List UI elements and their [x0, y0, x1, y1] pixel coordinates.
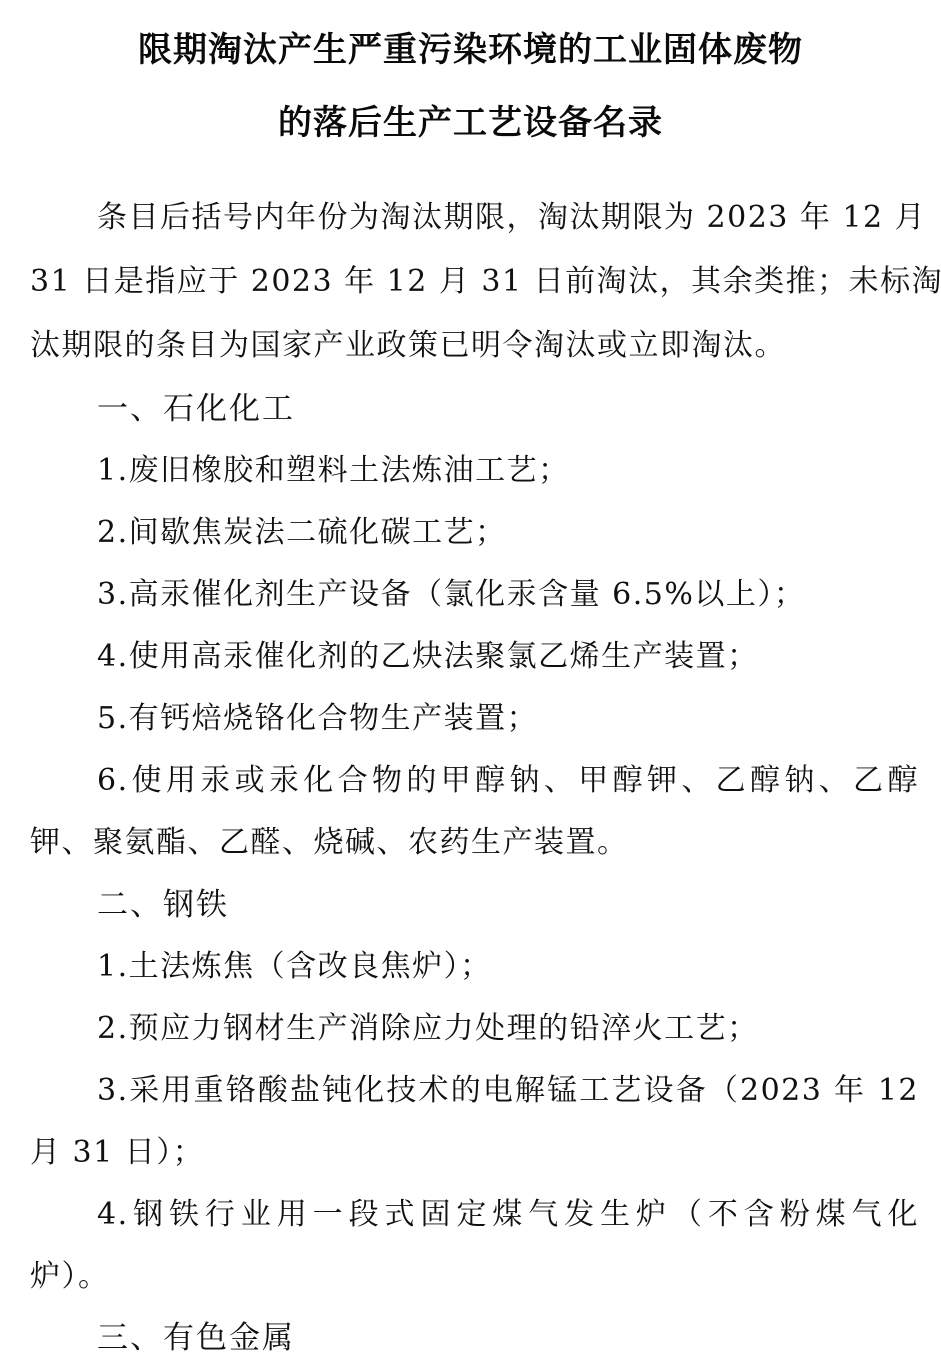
list-item: 1.土法炼焦（含改良焦炉）； — [97, 947, 941, 987]
section-heading-petrochemical: 一、石化化工 — [97, 389, 295, 429]
document-page: 限期淘汰产生严重污染环境的工业固体废物 的落后生产工艺设备名录 条目后括号内年份… — [0, 0, 941, 1361]
list-item: 3.高汞催化剂生产设备（氯化汞含量 6.5%以上）； — [97, 575, 941, 615]
list-item-continuation: 月 31 日）； — [30, 1133, 920, 1173]
list-item: 3.采用重铬酸盐钝化技术的电解锰工艺设备（2023 年 12 — [97, 1071, 919, 1111]
section-heading-nonferrous-metals: 三、有色金属 — [97, 1318, 295, 1358]
list-item: 4.钢铁行业用一段式固定煤气发生炉（不含粉煤气化 — [97, 1195, 919, 1235]
list-item: 2.预应力钢材生产消除应力处理的铅淬火工艺； — [97, 1009, 941, 1049]
section-heading-steel: 二、钢铁 — [97, 885, 229, 925]
list-item: 6.使用汞或汞化合物的甲醇钠、甲醇钾、乙醇钠、乙醇 — [97, 761, 919, 801]
document-title-line-2: 的落后生产工艺设备名录 — [0, 95, 941, 144]
list-item: 5.有钙焙烧铬化合物生产装置； — [97, 699, 941, 739]
list-item: 1.废旧橡胶和塑料土法炼油工艺； — [97, 451, 941, 491]
intro-paragraph-line-3: 汰期限的条目为国家产业政策已明令淘汰或立即淘汰。 — [30, 326, 920, 366]
list-item: 4.使用高汞催化剂的乙炔法聚氯乙烯生产装置； — [97, 637, 941, 677]
intro-paragraph-line-2: 31 日是指应于 2023 年 12 月 31 日前淘汰，其余类推；未标淘 — [30, 262, 919, 302]
intro-paragraph-line-1: 条目后括号内年份为淘汰期限，淘汰期限为 2023 年 12 月 — [97, 198, 919, 238]
document-title-line-1: 限期淘汰产生严重污染环境的工业固体废物 — [0, 22, 941, 71]
list-item-continuation: 炉）。 — [30, 1257, 920, 1297]
list-item: 2.间歇焦炭法二硫化碳工艺； — [97, 513, 941, 553]
list-item-continuation: 钾、聚氨酯、乙醛、烧碱、农药生产装置。 — [30, 823, 920, 863]
